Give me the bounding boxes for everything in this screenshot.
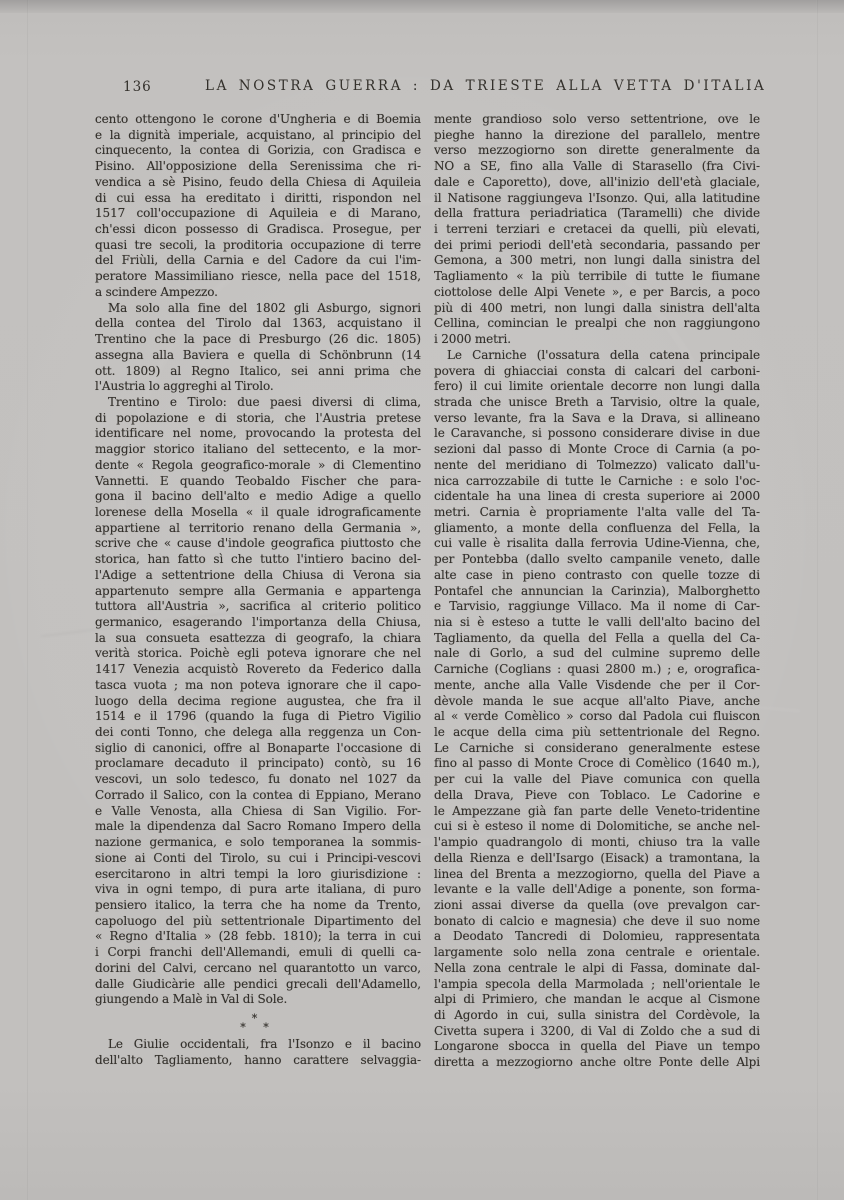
text-line: male la dipendenza dal Sacro Romano Impe…	[95, 819, 421, 835]
text-line: « Regno d'Italia » (28 febb. 1810); la t…	[95, 929, 421, 945]
text-line: verso levante, fra la Sava e la Drava, s…	[434, 411, 760, 427]
text-line: vendica a sè Pisino, feudo della Chiesa …	[95, 175, 421, 191]
text-line: Longarone sbocca in quella del Piave un …	[434, 1039, 760, 1055]
text-line: l'ampio quadrangolo di monti, chiuso tra…	[434, 835, 760, 851]
text-line: dorini del Calvi, cercano nel quarantott…	[95, 961, 421, 977]
text-line: cento ottengono le corone d'Ungheria e d…	[95, 112, 421, 128]
text-line: i terreni terziari e cretacei da quelli,…	[434, 222, 760, 238]
text-line: 1517 coll'occupazione di Aquileia e di M…	[95, 206, 421, 222]
text-line: della Rienza e dell'Isargo (Eisack) a tr…	[434, 851, 760, 867]
text-line: nazione germanica, e solo temporanea la …	[95, 835, 421, 851]
text-line: Tagliamento, da quella del Fella a quell…	[434, 631, 760, 647]
text-line: alpi di Primiero, che mandan le acque al…	[434, 992, 760, 1008]
scanned-book-page: 136 LA NOSTRA GUERRA : DA TRIESTE ALLA V…	[0, 0, 844, 1200]
text-line: identificare nel nome, provocando la pro…	[95, 426, 421, 442]
text-line: Le Giulie occidentali, fra l'Isonzo e il…	[95, 1037, 421, 1053]
text-line: diretta a mezzogiorno anche oltre Ponte …	[434, 1055, 760, 1071]
text-line: più di 400 metri, non lungi dalla sinist…	[434, 301, 760, 317]
text-line: e Valle Venosta, alla Chiesa di San Vigi…	[95, 804, 421, 820]
text-line: Trentino che la pace di Presburgo (26 di…	[95, 332, 421, 348]
text-line: Pisino. All'opposizione della Serenissim…	[95, 159, 421, 175]
text-line: verità storica. Poichè egli poteva ignor…	[95, 646, 421, 662]
text-line: 1417 Venezia acquistò Rovereto da Federi…	[95, 662, 421, 678]
text-line: luogo della decima regione augustea, che…	[95, 694, 421, 710]
text-line: fino al passo di Monte Croce di Comèlico…	[434, 756, 760, 772]
text-line: cinquecento, la contea di Gorizia, con G…	[95, 143, 421, 159]
text-line: i Corpi franchi dell'Allemandi, emuli di…	[95, 945, 421, 961]
text-line: capoluogo del più settentrionale Diparti…	[95, 914, 421, 930]
text-line: nale di Gorlo, a sud del culmine supremo…	[434, 646, 760, 662]
text-line: dale e Caporetto), dove, all'inizio dell…	[434, 175, 760, 191]
text-line: tuttora all'Austria », sacrifica al crit…	[95, 599, 421, 615]
text-line: della contea del Tirolo dal 1363, acquis…	[95, 316, 421, 332]
text-line: levante e la valle dell'Adige a ponente,…	[434, 882, 760, 898]
text-line: sione ai Conti del Tirolo, su cui i Prin…	[95, 851, 421, 867]
text-line: tasca vuota ; ma non poteva ignorare che…	[95, 678, 421, 694]
text-line: Vannetti. E quando Teobaldo Fischer che …	[95, 474, 421, 490]
text-line: quasi tre secoli, la proditoria occupazi…	[95, 238, 421, 254]
text-line: scrive che « cause d'indole geografica p…	[95, 536, 421, 552]
text-line: 1514 e il 1796 (quando la fuga di Pietro…	[95, 709, 421, 725]
paragraph: Le Giulie occidentali, fra l'Isonzo e il…	[95, 1037, 421, 1068]
page-header: 136 LA NOSTRA GUERRA : DA TRIESTE ALLA V…	[95, 78, 755, 98]
text-line: dalle Giudicàrie alle pendici grecali de…	[95, 977, 421, 993]
text-line: gona il bacino dell'alto e medio Adige a…	[95, 489, 421, 505]
text-line: la sua consueta esattezza di geografo, l…	[95, 631, 421, 647]
text-line: ch'essi dicon possesso di Gradisca. Pros…	[95, 222, 421, 238]
text-line: di popolazione e di storia, che l'Austri…	[95, 411, 421, 427]
text-line: Gemona, a 300 metri, non lungi dalla sin…	[434, 253, 760, 269]
text-line: della frattura periadriatica (Taramelli)…	[434, 206, 760, 222]
text-line: Trentino e Tirolo: due paesi diversi di …	[95, 395, 421, 411]
text-line: mente grandioso solo verso settentrione,…	[434, 112, 760, 128]
text-line: fero) il cui limite orientale decorre no…	[434, 379, 760, 395]
text-line: l'Austria lo aggreghi al Tirolo.	[95, 379, 421, 395]
running-title: LA NOSTRA GUERRA : DA TRIESTE ALLA VETTA…	[205, 78, 755, 94]
text-line: dente « Regola geografico-morale » di Cl…	[95, 458, 421, 474]
text-line: del Friùli, della Carnia e del Cadore da…	[95, 253, 421, 269]
text-line: metri. Carnia è propriamente l'alta vall…	[434, 505, 760, 521]
text-line: strada che unisce Breth a Tarvisio, oltr…	[434, 395, 760, 411]
text-line: cui valle è risalita dalla ferrovia Udin…	[434, 536, 760, 552]
text-line: cui si è esteso il nome di Dolomitiche, …	[434, 819, 760, 835]
text-line: povera di ghiacciai consta di calcari de…	[434, 364, 760, 380]
text-line: mente, anche alla Valle Visdende che per…	[434, 678, 760, 694]
text-line: verso mezzogiorno son dirette generalmen…	[434, 143, 760, 159]
text-line: dei primi periodi dell'età secondaria, p…	[434, 238, 760, 254]
text-line: largamente solo nella zona centrale e or…	[434, 945, 760, 961]
text-line: nia si è esteso a tutte le valli dell'al…	[434, 615, 760, 631]
text-line: esercitarono in altri tempi la loro giur…	[95, 867, 421, 883]
text-line: Corrado il Salico, con la contea di Eppi…	[95, 788, 421, 804]
text-line: NO a SE, fino alla Valle di Starasello (…	[434, 159, 760, 175]
scan-top-shadow	[0, 0, 844, 13]
text-line: bonato di calcio e magnesia) che deve il…	[434, 914, 760, 930]
text-line: nica carrozzabile di tutte le Carniche :…	[434, 474, 760, 490]
text-line: nente del meridiano di Tolmezzo) valicat…	[434, 458, 760, 474]
text-line: l'Adige a settentrione della Chiusa di V…	[95, 568, 421, 584]
text-line: Le Carniche si considerano generalmente …	[434, 741, 760, 757]
text-line: germanico, esagerando l'importanza della…	[95, 615, 421, 631]
text-line: appartenuto sempre alla Germania e appar…	[95, 584, 421, 600]
text-line: vescovi, un solo tedesco, fu donato nel …	[95, 772, 421, 788]
text-line: peratore Massimiliano riesce, nella pace…	[95, 269, 421, 285]
paragraph: Le Carniche (l'ossatura della catena pri…	[434, 348, 760, 1071]
text-line: di cui essa ha ereditato i diritti, risp…	[95, 191, 421, 207]
text-line: i 2000 metri.	[434, 332, 760, 348]
text-line: Nella zona centrale le alpi di Fassa, do…	[434, 961, 760, 977]
text-line: zioni assai diverse da quella (ove preva…	[434, 898, 760, 914]
text-line: Tagliamento « la più terribile di tutte …	[434, 269, 760, 285]
text-line: dèvole manda le sue acque all'alto Piave…	[434, 694, 760, 710]
text-line: le acque della cima più settentrionale d…	[434, 725, 760, 741]
text-line: proclamare decaduto il principato) contò…	[95, 756, 421, 772]
text-line: della Drava, Pieve con Toblaco. Le Cador…	[434, 788, 760, 804]
paragraph: cento ottengono le corone d'Ungheria e d…	[95, 112, 421, 301]
left-column: cento ottengono le corone d'Ungheria e d…	[95, 112, 421, 1071]
text-line: storica, han fatto sì che tutto l'intier…	[95, 552, 421, 568]
text-line: al « verde Comèlico » corso dal Padola c…	[434, 709, 760, 725]
text-line: Le Carniche (l'ossatura della catena pri…	[434, 348, 760, 364]
paragraph: Trentino e Tirolo: due paesi diversi di …	[95, 395, 421, 1008]
text-body: cento ottengono le corone d'Ungheria e d…	[95, 112, 760, 1071]
text-line: Civetta supera i 3200, di Val di Zoldo c…	[434, 1024, 760, 1040]
text-line: assegna alla Baviera e quella di Schönbr…	[95, 348, 421, 364]
text-line: linea del Brenta a mezzogiorno, quella d…	[434, 867, 760, 883]
text-line: l'ampia specola della Marmolada ; nell'o…	[434, 977, 760, 993]
page-left-edge	[27, 0, 29, 1200]
text-line: le Ampezzane già fan parte delle Veneto-…	[434, 804, 760, 820]
text-line: appartiene al territorio renano della Ge…	[95, 521, 421, 537]
text-line: Cellina, comincian le prealpi che non ra…	[434, 316, 760, 332]
text-line: ciottolose delle Alpi Venete », e per Ba…	[434, 285, 760, 301]
text-line: Ma solo alla fine del 1802 gli Asburgo, …	[95, 301, 421, 317]
text-line: e Tarvisio, raggiunge Villaco. Ma il nom…	[434, 599, 760, 615]
right-column: mente grandioso solo verso settentrione,…	[434, 112, 760, 1071]
text-line: siglio di canonici, offre al Bonaparte l…	[95, 741, 421, 757]
paragraph: Ma solo alla fine del 1802 gli Asburgo, …	[95, 301, 421, 395]
text-line: pensiero italico, la terra che ha nome d…	[95, 898, 421, 914]
text-line: alte case in pieno contrasto con quelle …	[434, 568, 760, 584]
page-number: 136	[123, 79, 152, 95]
text-line: ott. 1809) al Regno Italico, sei anni pr…	[95, 364, 421, 380]
text-line: cidentale ha una linea di cresta superio…	[434, 489, 760, 505]
text-line: dei conti Tonno, che delega alla reggenz…	[95, 725, 421, 741]
page-right-edge	[816, 0, 818, 1200]
asterism-row: * *	[95, 1023, 421, 1032]
text-line: il Natisone raggiungeva l'Isonzo. Qui, a…	[434, 191, 760, 207]
text-line: per Pontebba (dallo svelto campanile ven…	[434, 552, 760, 568]
text-line: a scindere Ampezzo.	[95, 285, 421, 301]
paragraph: mente grandioso solo verso settentrione,…	[434, 112, 760, 348]
text-line: maggior storico italiano del settecento,…	[95, 442, 421, 458]
text-line: gliamento, a monte della confluenza del …	[434, 521, 760, 537]
text-line: e la dignità imperiale, acquistano, al p…	[95, 128, 421, 144]
text-line: viva in ogni tempo, di pura arte italian…	[95, 882, 421, 898]
text-line: lorenese della Mosella « il quale idrogr…	[95, 505, 421, 521]
text-line: di Agordo in cui, sulla sinistra del Cor…	[434, 1008, 760, 1024]
text-line: dell'alto Tagliamento, hanno carattere s…	[95, 1053, 421, 1069]
text-line: per cui la valle del Piave comunica con …	[434, 772, 760, 788]
text-line: giungendo a Malè in Val di Sole.	[95, 992, 421, 1008]
text-line: le Caravanche, si possono considerare di…	[434, 426, 760, 442]
text-line: Carniche (Coglians : quasi 2800 m.) ; e,…	[434, 662, 760, 678]
text-line: sezioni dal passo di Monte Croce di Carn…	[434, 442, 760, 458]
asterism-separator: ** *	[95, 1014, 421, 1032]
text-line: pieghe hanno la direzione del parallelo,…	[434, 128, 760, 144]
text-line: Pontafel che annuncian la Carinzia), Mal…	[434, 584, 760, 600]
text-line: a Deodato Tancredi di Dolomieu, rapprese…	[434, 929, 760, 945]
